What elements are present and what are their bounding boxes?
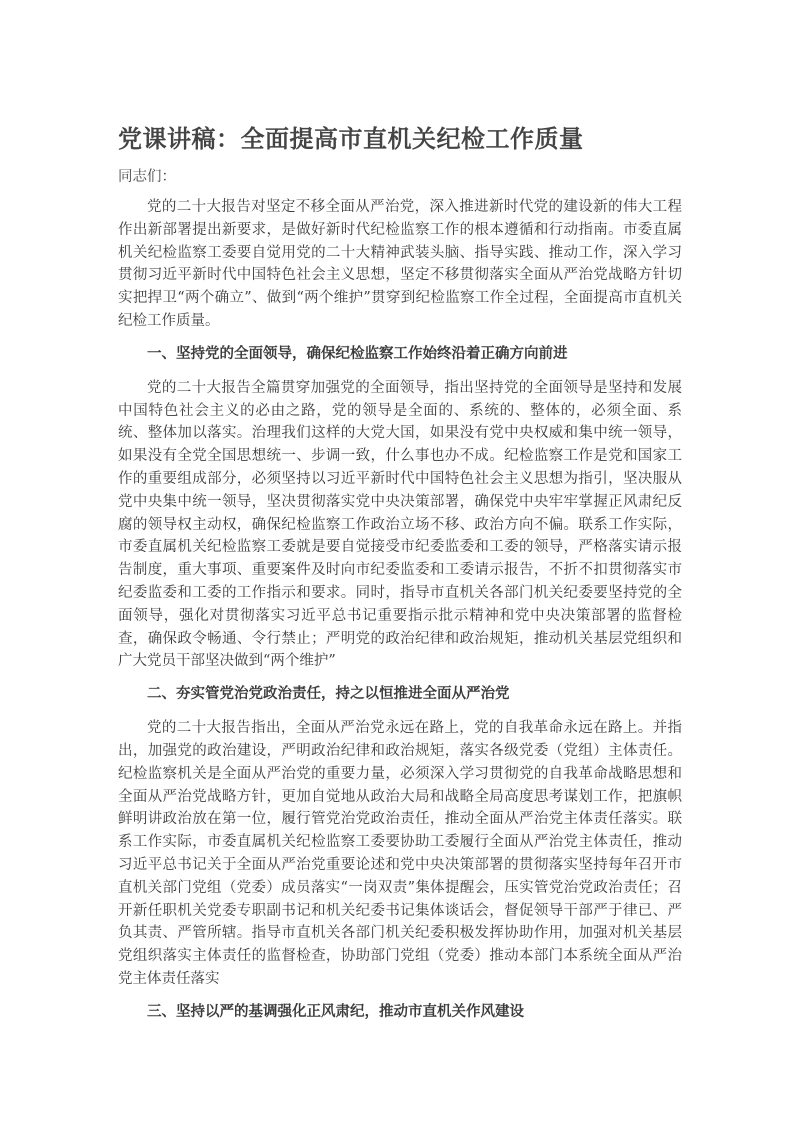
section-body-2: 党的二十大报告指出，全面从严治党永远在路上，党的自我革命永远在路上。并指出，加强… [118, 717, 682, 991]
salutation: 同志们： [118, 166, 682, 188]
section-heading-2: 二、夯实管党治党政治责任，持之以恒推进全面从严治党 [118, 683, 682, 705]
section-body-1: 党的二十大报告全篇贯穿加强党的全面领导，指出坚持党的全面领导是坚持和发展中国特色… [118, 377, 682, 673]
document-title: 党课讲稿：全面提高市直机关纪检工作质量 [118, 122, 682, 156]
section-heading-3: 三、坚持以严的基调强化正风肃纪，推动市直机关作风建设 [118, 1001, 682, 1023]
section-heading-1: 一、坚持党的全面领导，确保纪检监察工作始终沿着正确方向前进 [118, 343, 682, 365]
document-page: 党课讲稿：全面提高市直机关纪检工作质量 同志们： 党的二十大报告对坚定不移全面从… [118, 122, 682, 1035]
intro-paragraph: 党的二十大报告对坚定不移全面从严治党，深入推进新时代党的建设新的伟大工程作出新部… [118, 196, 682, 333]
